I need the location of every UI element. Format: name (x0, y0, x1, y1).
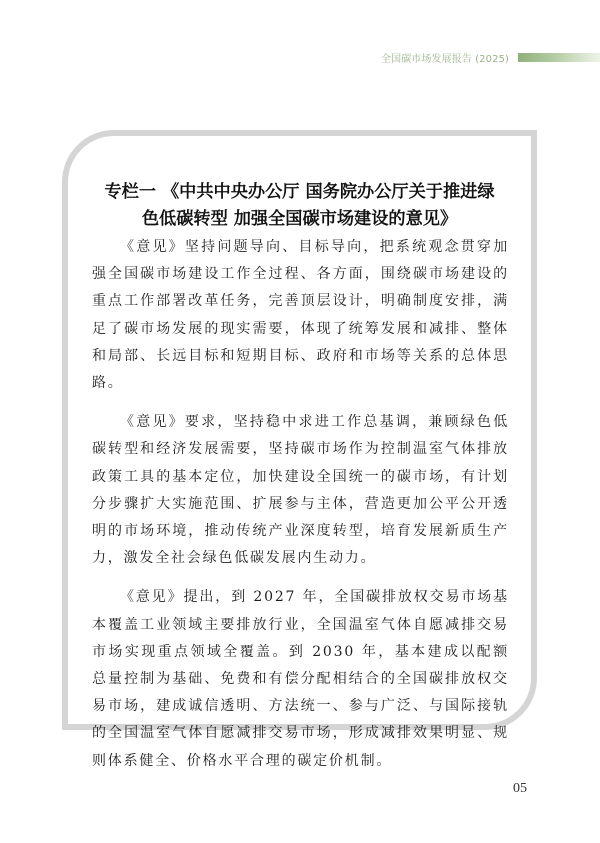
box-title-line-1: 专栏一 《中共中央办公厅 国务院办公厅关于推进绿 (68, 179, 531, 206)
box-body: 《意见》坚持问题导向、目标导向，把系统观念贯穿加强全国碳市场建设工作全过程、各方… (92, 234, 509, 787)
paragraph-3: 《意见》提出，到 2027 年，全国碳排放权交易市场基本覆盖工业领域主要排放行业… (92, 584, 509, 774)
paragraph-2: 《意见》要求，坚持稳中求进工作总基调，兼顾绿色低碳转型和经济发展需要，坚持碳市场… (92, 409, 509, 572)
page-number: 05 (513, 781, 527, 797)
box-title-line-2: 色低碳转型 加强全国碳市场建设的意见》 (68, 206, 531, 233)
feature-box: 专栏一 《中共中央办公厅 国务院办公厅关于推进绿 色低碳转型 加强全国碳市场建设… (62, 130, 537, 730)
header-accent-bar (518, 53, 600, 62)
report-title: 全国碳市场发展报告 (2025) (381, 50, 509, 65)
running-header: 全国碳市场发展报告 (2025) (381, 49, 600, 65)
box-title: 专栏一 《中共中央办公厅 国务院办公厅关于推进绿 色低碳转型 加强全国碳市场建设… (68, 179, 531, 233)
paragraph-1: 《意见》坚持问题导向、目标导向，把系统观念贯穿加强全国碳市场建设工作全过程、各方… (92, 234, 509, 397)
